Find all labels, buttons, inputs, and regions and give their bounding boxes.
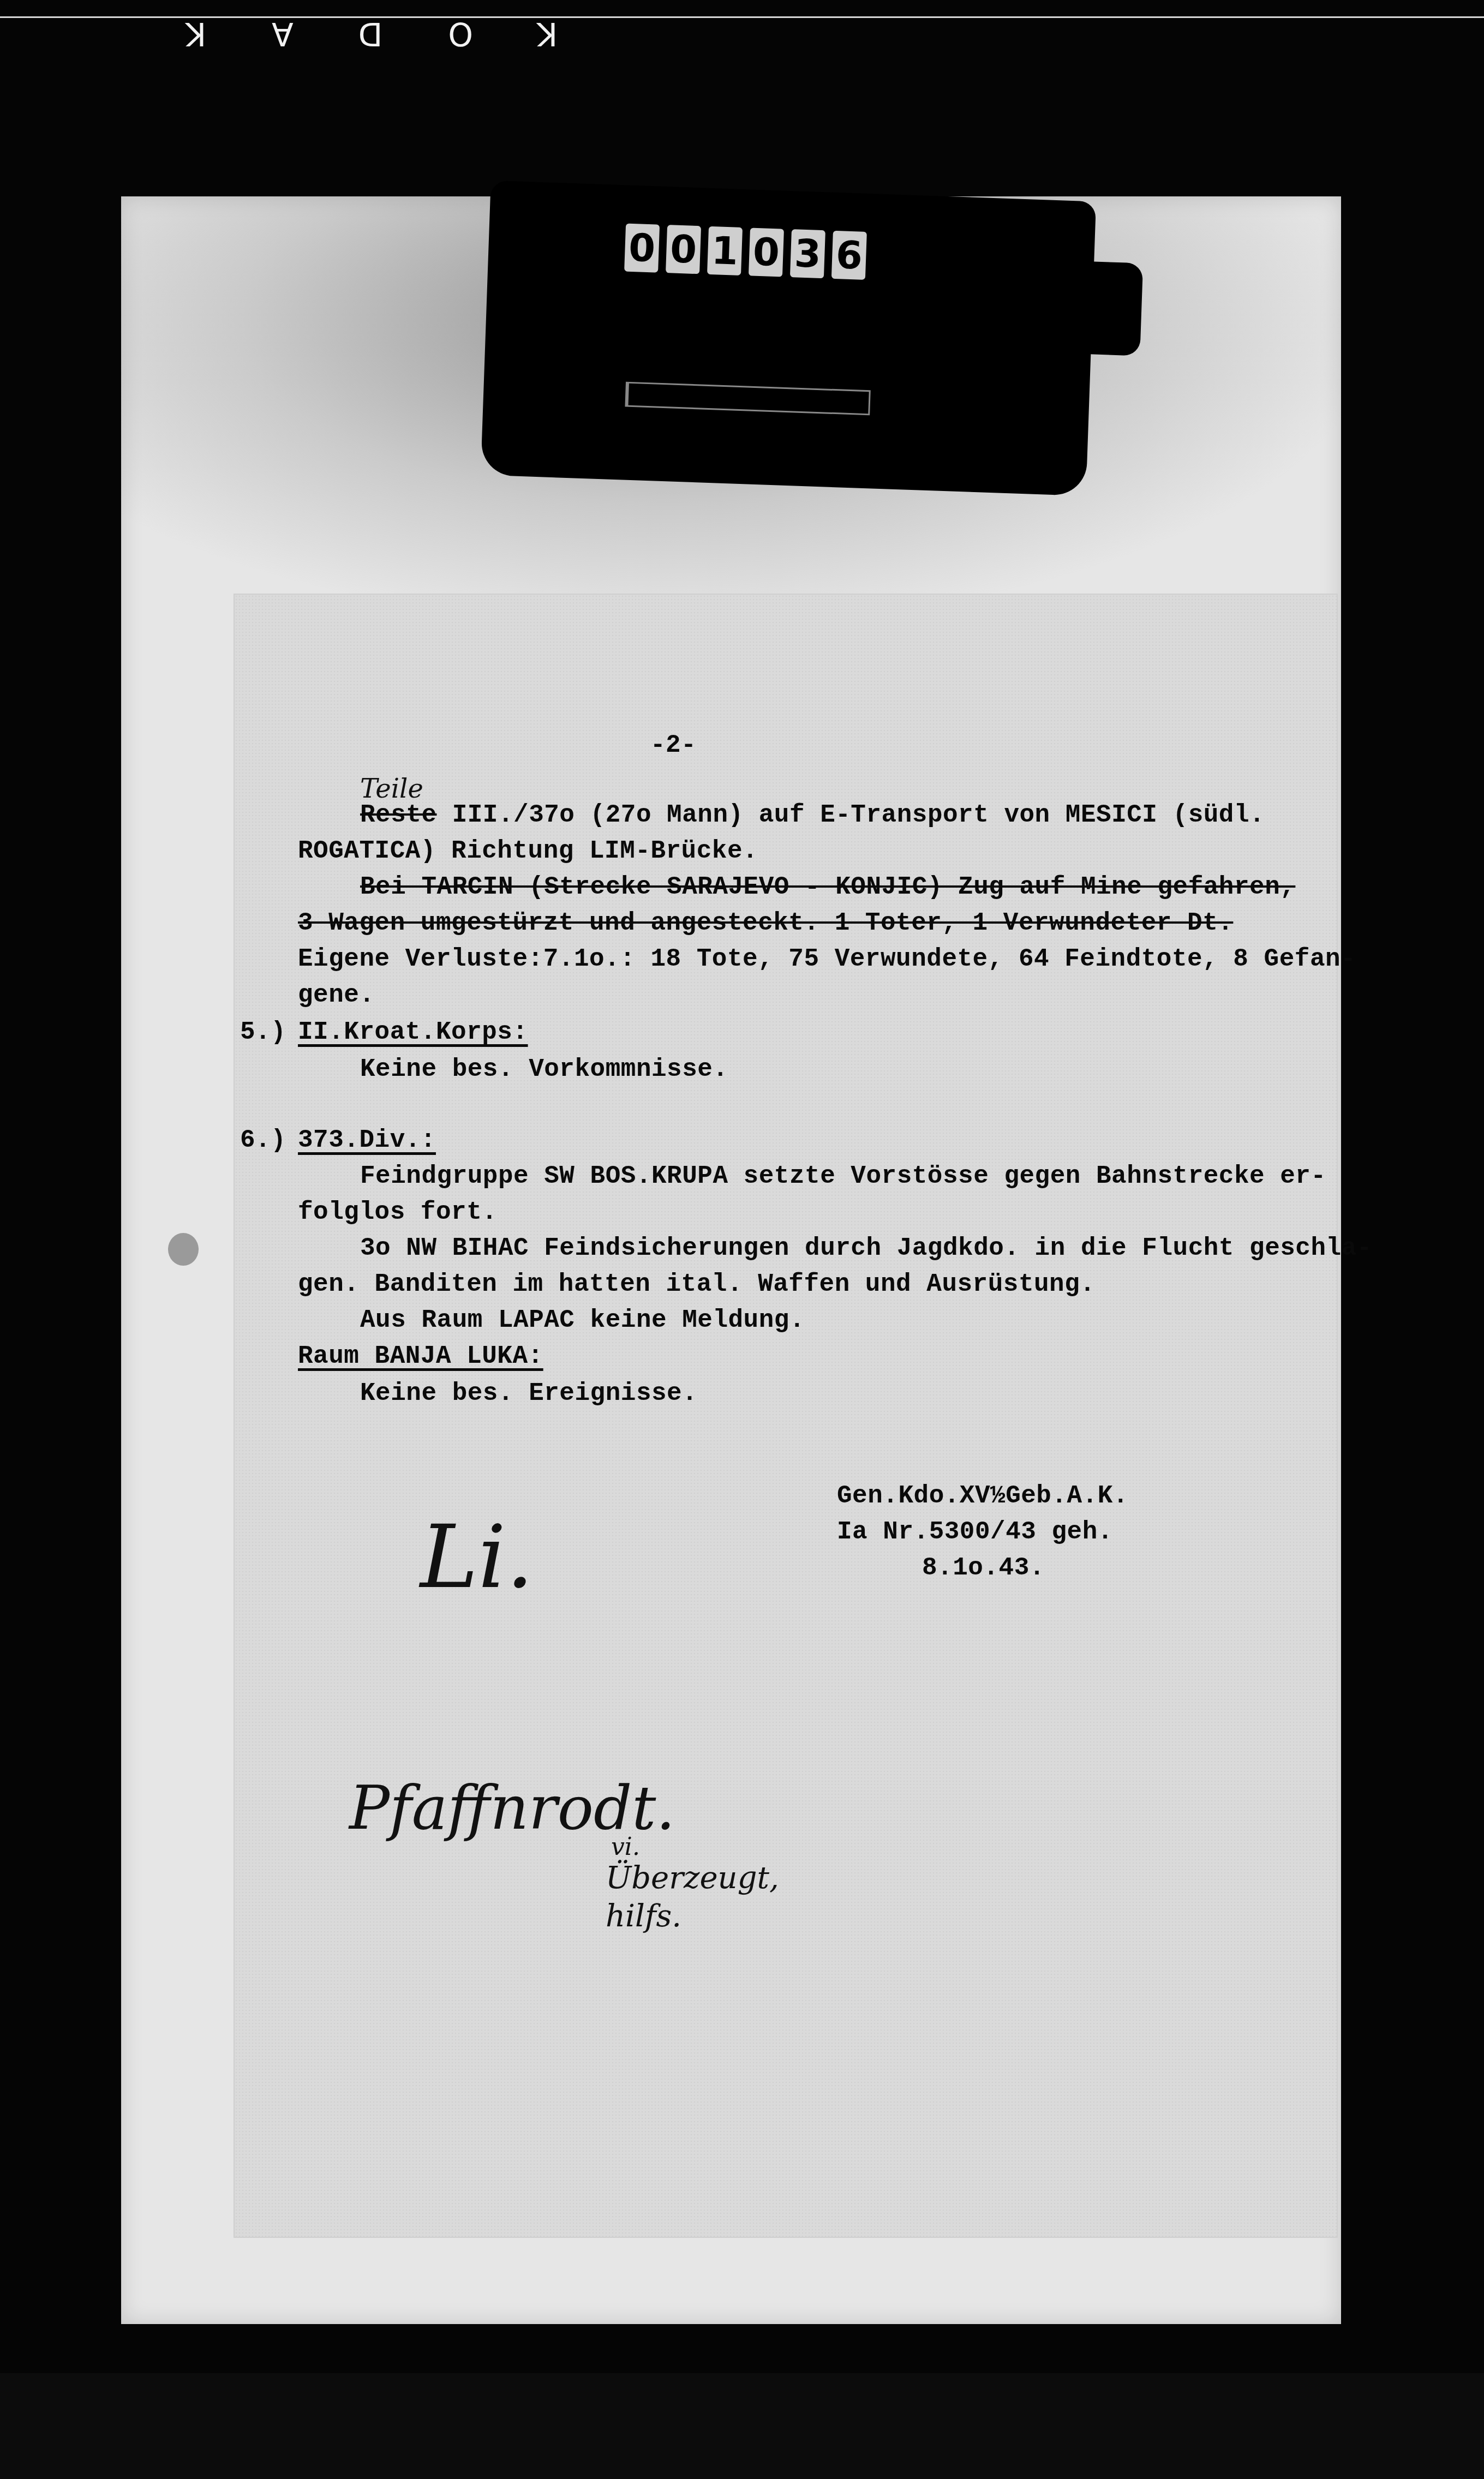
counter-slot bbox=[625, 382, 870, 416]
line-4-struck: 3 Wagen umgestürzt und angesteckt. 1 Tot… bbox=[298, 909, 1233, 937]
film-edge-mark: KODAK bbox=[120, 15, 558, 52]
struck-word: Reste bbox=[360, 801, 437, 829]
counter-digit: 3 bbox=[790, 229, 825, 278]
section-6-body-line: Aus Raum LAPAC keine Meldung. bbox=[360, 1306, 805, 1334]
counter-digit: 6 bbox=[831, 231, 867, 280]
signature-block-line-3: 8.1o.43. bbox=[922, 1554, 1045, 1582]
page-number: -2- bbox=[650, 731, 696, 759]
handwritten-note-line-3: hilfs. bbox=[606, 1899, 681, 1934]
section-5-body: Keine bes. Vorkommnisse. bbox=[360, 1055, 728, 1083]
frame-counter-device: 0 0 1 0 3 6 bbox=[481, 181, 1096, 496]
section-6-body-line: 3o NW BIHAC Feindsicherungen durch Jagdk… bbox=[360, 1234, 1372, 1262]
section-5-heading: II.Kroat.Korps: bbox=[298, 1018, 528, 1046]
counter-digit: 1 bbox=[707, 226, 743, 276]
counter-tab bbox=[1074, 261, 1143, 356]
handwritten-initial: Li. bbox=[420, 1506, 534, 1608]
section-5-number: 5.) bbox=[240, 1018, 286, 1046]
counter-digit: 0 bbox=[666, 225, 701, 274]
handwritten-note-line-2: Überzeugt, bbox=[606, 1860, 779, 1896]
section-6-body-line: Feindgruppe SW BOS.KRUPA setzte Vorstöss… bbox=[360, 1162, 1326, 1190]
line-3-struck: Bei TARCIN (Strecke SARAJEVO - KONJIC) Z… bbox=[360, 873, 1295, 901]
counter-digit: 0 bbox=[624, 223, 660, 272]
section-6-body-line: folglos fort. bbox=[298, 1198, 497, 1226]
handwritten-signature: Pfaffnrodt. bbox=[349, 1773, 675, 1843]
section-banja-luka-heading: Raum BANJA LUKA: bbox=[298, 1342, 543, 1370]
section-6-heading: 373.Div.: bbox=[298, 1126, 436, 1154]
section-banja-luka-body: Keine bes. Ereignisse. bbox=[360, 1379, 697, 1408]
counter-digit: 0 bbox=[749, 227, 784, 277]
film-bottom-edge bbox=[0, 2373, 1484, 2479]
line-2: ROGATICA) Richtung LIM-Brücke. bbox=[298, 837, 758, 865]
handwritten-note-line-1: vi. bbox=[611, 1833, 640, 1861]
line-6: gene. bbox=[298, 981, 375, 1009]
frame-counter: 0 0 1 0 3 6 bbox=[624, 223, 867, 279]
signature-block-line-2: Ia Nr.5300/43 geh. bbox=[837, 1518, 1113, 1546]
section-6-number: 6.) bbox=[240, 1126, 286, 1154]
signature-block-line-1: Gen.Kdo.XV½Geb.A.K. bbox=[837, 1482, 1128, 1510]
handwritten-correction: Teile bbox=[360, 774, 423, 804]
section-6-body-line: gen. Banditen im hatten ital. Waffen und… bbox=[298, 1270, 1095, 1298]
punch-hole bbox=[168, 1233, 199, 1266]
line-5: Eigene Verluste:7.1o.: 18 Tote, 75 Verwu… bbox=[298, 945, 1356, 973]
line-1: Reste III./37o (27o Mann) auf E-Transpor… bbox=[360, 801, 1265, 829]
